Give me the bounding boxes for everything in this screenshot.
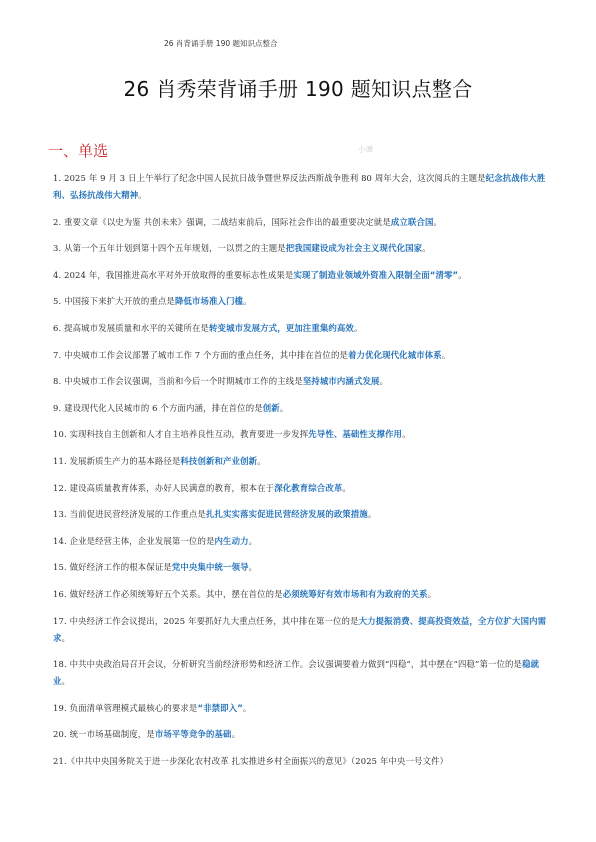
question-text: 1. 2025 年 9 月 3 日上午举行了纪念中国人民抗日战争暨世界反法西斯战… bbox=[53, 173, 486, 183]
answer-highlight: 创新 bbox=[263, 403, 280, 413]
question-suffix: 。 bbox=[428, 589, 437, 599]
question-suffix: 。 bbox=[434, 217, 443, 227]
question-text: 12. 建设高质量教育体系，办好人民满意的教育，根本在于 bbox=[53, 483, 274, 493]
answer-highlight: 市场平等竞争的基础 bbox=[155, 729, 232, 739]
answer-highlight: 把我国建设成为社会主义现代化国家 bbox=[286, 243, 422, 253]
question-item: 11. 发展新质生产力的基本路径是科技创新和产业创新。 bbox=[53, 453, 553, 470]
question-item: 12. 建设高质量教育体系，办好人民满意的教育，根本在于深化教育综合改革。 bbox=[53, 480, 553, 497]
question-text: 4. 2024 年，我国推进高水平对外开放取得的重要标志性成果是 bbox=[53, 270, 293, 280]
question-item: 18. 中共中央政治局召开会议，分析研究当前经济形势和经济工作。会议强调要着力做… bbox=[53, 656, 553, 690]
question-text: 9. 建设现代化人民城市的 6 个方面内涵，排在首位的是 bbox=[53, 403, 263, 413]
question-text: 7. 中央城市工作会议部署了城市工作 7 个方面的重点任务，其中排在首位的是 bbox=[53, 350, 348, 360]
question-suffix: 。 bbox=[380, 376, 389, 386]
question-suffix: 。 bbox=[138, 190, 147, 200]
question-suffix: 。 bbox=[62, 633, 71, 643]
page-header: 26 肖背诵手册 190 题知识点整合 bbox=[0, 38, 596, 49]
question-text: 3. 从第一个五年计划到第十四个五年规划，一以贯之的主题是 bbox=[53, 243, 286, 253]
question-item: 16. 做好经济工作必须统筹好五个关系。其中，摆在首位的是必须统筹好有效市场和有… bbox=[53, 586, 553, 603]
document-title: 26 肖秀荣背诵手册 190 题知识点整合 bbox=[0, 73, 596, 102]
section-heading: 一、单选 bbox=[48, 140, 108, 161]
question-suffix: 。 bbox=[368, 509, 377, 519]
question-text: 18. 中共中央政治局召开会议，分析研究当前经济形势和经济工作。会议强调要着力做… bbox=[53, 659, 522, 669]
question-suffix: 。 bbox=[232, 729, 241, 739]
question-item: 13. 当前促进民营经济发展的工作重点是扎扎实实落实促进民营经济发展的政策措施。 bbox=[53, 506, 553, 523]
question-suffix: 。 bbox=[402, 429, 411, 439]
question-item: 14. 企业是经营主体，企业发展第一位的是内生动力。 bbox=[53, 533, 553, 550]
answer-highlight: 转变城市发展方式，更加注重集约高效 bbox=[209, 323, 354, 333]
question-text: 16. 做好经济工作必须统筹好五个关系。其中，摆在首位的是 bbox=[53, 589, 283, 599]
question-text: 10. 实现科技自主创新和人才自主培养良性互动，教育要进一步发挥 bbox=[53, 429, 308, 439]
answer-highlight: 坚持城市内涵式发展 bbox=[303, 376, 380, 386]
answer-highlight: 深化教育综合改革 bbox=[274, 483, 342, 493]
question-suffix: 。 bbox=[342, 483, 351, 493]
question-text: 14. 企业是经营主体，企业发展第一位的是 bbox=[53, 536, 215, 546]
answer-highlight: 内生动力 bbox=[215, 536, 249, 546]
question-text: 19. 负面清单管理模式最核心的要求是 bbox=[53, 703, 197, 713]
question-text: 6. 提高城市发展质量和水平的关键所在是 bbox=[53, 323, 209, 333]
question-item: 8. 中央城市工作会议强调，当前和今后一个时期城市工作的主线是坚持城市内涵式发展… bbox=[53, 373, 553, 390]
question-item: 19. 负面清单管理模式最核心的要求是“非禁即入”。 bbox=[53, 700, 553, 717]
question-item: 5. 中国接下来扩大开放的重点是降低市场准入门槛。 bbox=[53, 293, 553, 310]
question-text: 21.《中共中央国务院关于进一步深化农村改革 扎实推进乡村全面振兴的意见》（20… bbox=[53, 756, 448, 766]
question-item: 21.《中共中央国务院关于进一步深化农村改革 扎实推进乡村全面振兴的意见》（20… bbox=[53, 753, 553, 770]
answer-highlight: 党中央集中统一领导 bbox=[172, 562, 249, 572]
answer-highlight: 成立联合国 bbox=[391, 217, 434, 227]
answer-highlight: 扎扎实实落实促进民营经济发展的政策措施 bbox=[206, 509, 368, 519]
question-list: 1. 2025 年 9 月 3 日上午举行了纪念中国人民抗日战争暨世界反法西斯战… bbox=[53, 170, 553, 779]
answer-highlight: 降低市场准入门槛 bbox=[175, 296, 243, 306]
answer-highlight: 着力优化现代化城市体系 bbox=[348, 350, 442, 360]
question-item: 15. 做好经济工作的根本保证是党中央集中统一领导。 bbox=[53, 559, 553, 576]
question-suffix: 。 bbox=[422, 243, 431, 253]
question-item: 2. 重要文章《以史为鉴 共创未来》强调，二战结束前后，国际社会作出的最重要决定… bbox=[53, 214, 553, 231]
question-text: 8. 中央城市工作会议强调，当前和今后一个时期城市工作的主线是 bbox=[53, 376, 303, 386]
question-text: 15. 做好经济工作的根本保证是 bbox=[53, 562, 172, 572]
question-text: 5. 中国接下来扩大开放的重点是 bbox=[53, 296, 175, 306]
question-text: 17. 中央经济工作会议提出，2025 年要抓好九大重点任务，其中排在第一位的是 bbox=[53, 616, 359, 626]
question-suffix: 。 bbox=[243, 703, 252, 713]
question-item: 20. 统一市场基础制度，是市场平等竞争的基础。 bbox=[53, 726, 553, 743]
question-suffix: 。 bbox=[458, 270, 467, 280]
answer-highlight: 实现了制造业领域外资准入限制全面“清零” bbox=[293, 270, 458, 280]
question-suffix: 。 bbox=[249, 562, 258, 572]
question-item: 1. 2025 年 9 月 3 日上午举行了纪念中国人民抗日战争暨世界反法西斯战… bbox=[53, 170, 553, 204]
question-item: 17. 中央经济工作会议提出，2025 年要抓好九大重点任务，其中排在第一位的是… bbox=[53, 613, 553, 647]
question-item: 9. 建设现代化人民城市的 6 个方面内涵，排在首位的是创新。 bbox=[53, 400, 553, 417]
question-suffix: 。 bbox=[62, 676, 71, 686]
watermark: 小谭 bbox=[358, 144, 373, 155]
question-suffix: 。 bbox=[280, 403, 289, 413]
question-item: 6. 提高城市发展质量和水平的关键所在是转变城市发展方式，更加注重集约高效。 bbox=[53, 320, 553, 337]
question-item: 3. 从第一个五年计划到第十四个五年规划，一以贯之的主题是把我国建设成为社会主义… bbox=[53, 240, 553, 257]
question-suffix: 。 bbox=[442, 350, 451, 360]
question-suffix: 。 bbox=[257, 456, 266, 466]
question-text: 11. 发展新质生产力的基本路径是 bbox=[53, 456, 180, 466]
question-item: 7. 中央城市工作会议部署了城市工作 7 个方面的重点任务，其中排在首位的是着力… bbox=[53, 347, 553, 364]
question-text: 20. 统一市场基础制度，是 bbox=[53, 729, 155, 739]
answer-highlight: 必须统筹好有效市场和有为政府的关系 bbox=[283, 589, 428, 599]
question-text: 2. 重要文章《以史为鉴 共创未来》强调，二战结束前后，国际社会作出的最重要决定… bbox=[53, 217, 391, 227]
question-suffix: 。 bbox=[243, 296, 252, 306]
question-suffix: 。 bbox=[354, 323, 363, 333]
answer-highlight: “非禁即入” bbox=[197, 703, 242, 713]
question-suffix: 。 bbox=[249, 536, 258, 546]
answer-highlight: 先导性、基础性支撑作用 bbox=[308, 429, 402, 439]
answer-highlight: 科技创新和产业创新 bbox=[180, 456, 257, 466]
question-item: 10. 实现科技自主创新和人才自主培养良性互动，教育要进一步发挥先导性、基础性支… bbox=[53, 426, 553, 443]
question-text: 13. 当前促进民营经济发展的工作重点是 bbox=[53, 509, 206, 519]
question-item: 4. 2024 年，我国推进高水平对外开放取得的重要标志性成果是实现了制造业领域… bbox=[53, 267, 553, 284]
